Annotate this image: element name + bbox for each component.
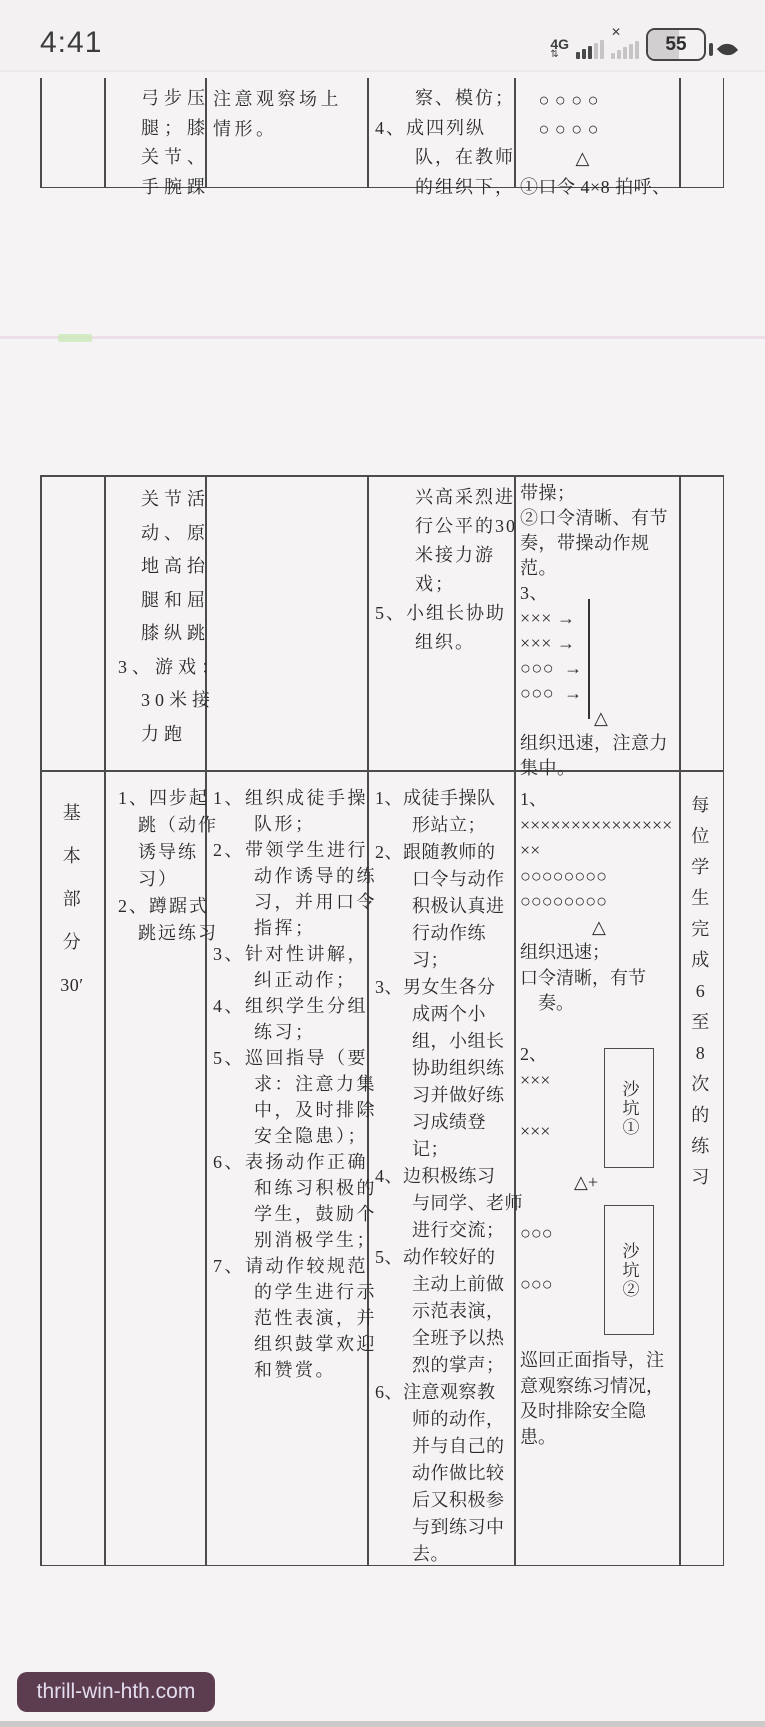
text-line: 与到练习中 <box>375 1514 511 1541</box>
text-line: 2、带领学生进行 <box>213 837 363 863</box>
text-line: 中，及时排除 <box>213 1097 363 1123</box>
text-line: 口令清晰，有节 <box>520 966 678 992</box>
text-line: 及时排除安全隐 <box>520 1399 678 1425</box>
table-border <box>40 475 42 1566</box>
text-line: 5、巡回指导（要 <box>213 1045 363 1071</box>
text-line: 烈的掌声； <box>375 1352 511 1379</box>
power-save-leaf-icon <box>717 39 738 60</box>
text-line: 示范表演， <box>375 1298 511 1325</box>
text-line: 完 <box>679 914 722 945</box>
table-border <box>679 78 681 188</box>
text-line: 的组织下， <box>375 173 511 203</box>
text-line: 队形； <box>213 811 363 837</box>
text-line: 6、表扬动作正确 <box>213 1149 363 1175</box>
text-line: 每 <box>679 790 722 821</box>
text-line: 位 <box>679 821 722 852</box>
text-line: 30米接 <box>118 684 204 718</box>
text-line: 意观察练习情况， <box>520 1374 678 1400</box>
text-line: 6、注意观察教 <box>375 1379 511 1406</box>
text-line: 4、成四列纵 <box>375 114 511 144</box>
text-line: 30′ <box>40 964 104 1007</box>
text-line: ××× <box>520 1068 678 1094</box>
text-line <box>520 1144 678 1170</box>
text-line: ○○○○○○○○ <box>520 864 678 890</box>
watermark-pill: thrill-win-hth.com <box>17 1672 215 1712</box>
text-line: 组织迅速； <box>520 940 678 966</box>
text-line: 手腕踝 <box>118 173 204 203</box>
text-line: 动、原 <box>118 517 204 551</box>
cell-activity-content-row1: 关节活 动、原 地高抬 腿和屈 膝纵跳3、游戏： 30米接 力跑 <box>118 483 204 751</box>
text-line: 腿和屈 <box>118 584 204 618</box>
table-border <box>723 475 725 1566</box>
text-line: 膝纵跳 <box>118 617 204 651</box>
text-line: 的 <box>679 1100 722 1131</box>
text-line: 5、小组长协助 <box>375 599 511 628</box>
table-border <box>367 475 369 1566</box>
text-line: △ <box>520 915 678 941</box>
text-line: 地高抬 <box>118 550 204 584</box>
screen-bottom-edge <box>0 1721 765 1727</box>
text-line: 4、组织学生分组 <box>213 993 363 1019</box>
text-line: 1、成徒手操队 <box>375 785 511 812</box>
battery-indicator: 55 <box>646 28 706 61</box>
lesson-plan-table-fragment: 弓步压 腿；膝 关节、 手腕踝 注意观察场上情形。 察、模仿；4、成四列纵 队，… <box>40 78 724 188</box>
text-line: 2、 <box>520 1042 678 1068</box>
text-line: 弓步压 <box>118 84 204 114</box>
text-line: 6 <box>679 976 722 1007</box>
text-line: 全班予以热 <box>375 1325 511 1352</box>
cell-activity-content: 弓步压 腿；膝 关节、 手腕踝 <box>118 84 204 202</box>
text-line: 习并做好练 <box>375 1082 511 1109</box>
text-line: 习） <box>118 866 204 893</box>
text-line: ○○○ <box>520 1221 678 1247</box>
cell-student-activity-row1: 兴高采烈进 行公平的30 米接力游 戏；5、小组长协助 组织。 <box>375 483 511 657</box>
text-line: 师的动作， <box>375 1406 511 1433</box>
text-line: 带操； <box>520 481 678 506</box>
signal-bars-sim1-icon <box>576 37 604 59</box>
text-line: 成 <box>679 945 722 976</box>
text-line <box>520 1246 678 1272</box>
text-line: 行公平的30 <box>375 512 511 541</box>
page-gap-artifact <box>58 334 92 342</box>
text-line: ①口令 4×8 拍呼、 <box>520 173 678 202</box>
text-line: ○○○○○○○○ <box>520 889 678 915</box>
table-border <box>40 475 724 477</box>
relay-diagram-line <box>588 599 590 719</box>
text-line: 指挥； <box>213 915 363 941</box>
text-line: 本 <box>40 835 104 878</box>
text-line: 1、 <box>520 787 678 813</box>
sandpit-2-box: 沙坑② <box>604 1205 654 1335</box>
cell-organization-row1: 带操；②口令清晰、有节奏，带操动作规范。3、××× →××× →○○○ →○○○… <box>520 481 678 781</box>
text-line: 习 <box>679 1162 722 1193</box>
text-line: 奏，带操动作规 <box>520 531 678 556</box>
text-line: 关节、 <box>118 143 204 173</box>
text-line: 进行交流； <box>375 1217 511 1244</box>
text-line: 察、模仿； <box>375 84 511 114</box>
text-line: △ <box>520 144 678 173</box>
text-line: 范性表演，并 <box>213 1305 363 1331</box>
text-line: 习成绩登 <box>375 1109 511 1136</box>
text-line: 跳远练习 <box>118 920 204 947</box>
text-line: 力跑 <box>118 718 204 752</box>
text-line: ××× <box>520 1119 678 1145</box>
text-line: 范。 <box>520 556 678 581</box>
text-line: 3、 <box>520 581 678 606</box>
text-line: 别消极学生； <box>213 1227 363 1253</box>
text-line: ××× → <box>520 631 678 656</box>
text-line: 主动上前做 <box>375 1271 511 1298</box>
text-line: 5、动作较好的 <box>375 1244 511 1271</box>
text-line: 组织。 <box>375 628 511 657</box>
text-line: 练 <box>679 1131 722 1162</box>
text-line: 积极认真进 <box>375 893 511 920</box>
text-line: 的学生进行示 <box>213 1279 363 1305</box>
signal-bars-sim2-icon <box>611 37 639 59</box>
text-line <box>520 1093 678 1119</box>
text-line: 米接力游 <box>375 541 511 570</box>
text-line <box>520 1323 678 1349</box>
cell-teacher-activity: 注意观察场上情形。 <box>213 84 363 144</box>
table-border <box>104 78 106 188</box>
text-line: 生 <box>679 883 722 914</box>
text-line: 去。 <box>375 1541 511 1568</box>
text-line: 腿；膝 <box>118 114 204 144</box>
sandpit-1-label: 沙坑① <box>617 1080 642 1137</box>
text-line: 组，小组长 <box>375 1028 511 1055</box>
text-line: 并与自己的 <box>375 1433 511 1460</box>
watermark-text: thrill-win-hth.com <box>37 1680 196 1704</box>
sim2-status: ✕ <box>611 27 639 59</box>
text-line: 练习； <box>213 1019 363 1045</box>
text-line: ×× <box>520 838 678 864</box>
text-line: ②口令清晰、有节 <box>520 506 678 531</box>
text-line: 注意观察场上 <box>213 84 363 114</box>
no-service-x-icon: ✕ <box>611 27 639 37</box>
text-line: ○○○ → <box>520 656 678 681</box>
text-line: 记； <box>375 1136 511 1163</box>
text-line: 纠正动作； <box>213 967 363 993</box>
text-line: 7、请动作较规范 <box>213 1253 363 1279</box>
text-line: 行动作练 <box>375 920 511 947</box>
text-line: ××× → <box>520 606 678 631</box>
text-line: ○ ○ ○ ○ <box>520 86 678 115</box>
text-line: 戏； <box>375 570 511 599</box>
table-border <box>104 475 106 1566</box>
text-line: 形站立； <box>375 812 511 839</box>
text-line: ××××××××××××××× <box>520 813 678 839</box>
text-line: 关节活 <box>118 483 204 517</box>
text-line: 后又积极参 <box>375 1487 511 1514</box>
text-line <box>520 1297 678 1323</box>
status-icons: 4G ⇅ ✕ 55 <box>550 24 735 64</box>
text-line: △ <box>520 706 678 731</box>
text-line: 部 <box>40 878 104 921</box>
text-line <box>520 1195 678 1221</box>
text-line: 兴高采烈进 <box>375 483 511 512</box>
text-line: 协助组织练 <box>375 1055 511 1082</box>
text-line: 2、跟随教师的 <box>375 839 511 866</box>
battery-level: 55 <box>665 34 686 56</box>
text-line: 3、男女生各分 <box>375 974 511 1001</box>
text-line: 患。 <box>520 1425 678 1451</box>
text-line: 8 <box>679 1038 722 1069</box>
text-line: 1、组织成徒手操 <box>213 785 363 811</box>
cell-student-activity: 察、模仿；4、成四列纵 队，在教师 的组织下， <box>375 84 511 202</box>
phone-screen: 4:41 4G ⇅ ✕ 55 <box>0 0 765 1727</box>
text-line: 巡回正面指导，注 <box>520 1348 678 1374</box>
text-line: 和练习积极的 <box>213 1175 363 1201</box>
text-line: 至 <box>679 1007 722 1038</box>
table-border <box>367 78 369 188</box>
text-line: 1、四步起 <box>118 785 204 812</box>
text-line: 学生，鼓励个 <box>213 1201 363 1227</box>
text-line <box>520 1017 678 1043</box>
text-line: 分 <box>40 921 104 964</box>
text-line: 和赞赏。 <box>213 1357 363 1383</box>
document-scroll-area[interactable]: 弓步压 腿；膝 关节、 手腕踝 注意观察场上情形。 察、模仿；4、成四列纵 队，… <box>0 72 765 1727</box>
text-line: 2、蹲踞式 <box>118 893 204 920</box>
text-line: 习； <box>375 947 511 974</box>
text-line: 动作做比较 <box>375 1460 511 1487</box>
text-line: 学 <box>679 852 722 883</box>
table-border <box>723 78 725 188</box>
text-line: 集中。 <box>520 756 678 781</box>
text-line: 组织迅速，注意力 <box>520 731 678 756</box>
text-line: 安全隐患）； <box>213 1123 363 1149</box>
cell-section-basic-part: 基本部分30′ <box>40 792 104 1007</box>
lesson-plan-table: 关节活 动、原 地高抬 腿和屈 膝纵跳3、游戏： 30米接 力跑 兴高采烈进 行… <box>40 475 724 1566</box>
text-line: 诱导练 <box>118 839 204 866</box>
text-line: 奏。 <box>520 991 678 1017</box>
text-line: △+ <box>520 1170 678 1196</box>
text-line: 跳（动作 <box>118 812 204 839</box>
network-type: 4G ⇅ <box>550 38 569 59</box>
text-line: 与同学、老师 <box>375 1190 511 1217</box>
cell-exercise-load: 每位学生完成6至8次的练习 <box>679 790 722 1193</box>
text-line: 队，在教师 <box>375 143 511 173</box>
text-line: 习，并用口令 <box>213 889 363 915</box>
text-line: ○○○ <box>520 1272 678 1298</box>
page-gap-line <box>0 336 765 339</box>
text-line: 情形。 <box>213 114 363 144</box>
sandpit-2-label: 沙坑② <box>617 1242 642 1299</box>
cell-organization-row2: 1、×××××××××××××××××○○○○○○○○○○○○○○○○ △组织迅… <box>520 787 678 1450</box>
text-line: 成两个小 <box>375 1001 511 1028</box>
text-line: 3、针对性讲解， <box>213 941 363 967</box>
cell-student-activity-row2: 1、成徒手操队 形站立；2、跟随教师的 口令与动作 积极认真进 行动作练 习；3… <box>375 785 511 1568</box>
cell-organization: ○ ○ ○ ○ ○ ○ ○ ○ △①口令 4×8 拍呼、 <box>520 86 678 202</box>
text-line: 3、游戏： <box>118 651 204 685</box>
cell-activity-content-row2: 1、四步起 跳（动作 诱导练 习）2、蹲踞式 跳远练习 <box>118 785 204 947</box>
text-line: ○○○ → <box>520 681 678 706</box>
text-line: 求：注意力集 <box>213 1071 363 1097</box>
text-line: 口令与动作 <box>375 866 511 893</box>
status-bar: 4:41 4G ⇅ ✕ 55 <box>0 0 765 72</box>
cell-teacher-activity-row2: 1、组织成徒手操 队形；2、带领学生进行 动作诱导的练 习，并用口令 指挥；3、… <box>213 785 363 1383</box>
table-border <box>514 475 516 1566</box>
text-line: 4、边积极练习 <box>375 1163 511 1190</box>
sandpit-1-box: 沙坑① <box>604 1048 654 1168</box>
text-line: 组织鼓掌欢迎 <box>213 1331 363 1357</box>
clock-time: 4:41 <box>40 26 102 60</box>
text-line: ○ ○ ○ ○ <box>520 115 678 144</box>
text-line: 次 <box>679 1069 722 1100</box>
table-border <box>40 78 42 188</box>
text-line: 基 <box>40 792 104 835</box>
battery-nub <box>709 43 713 56</box>
text-line: 动作诱导的练 <box>213 863 363 889</box>
